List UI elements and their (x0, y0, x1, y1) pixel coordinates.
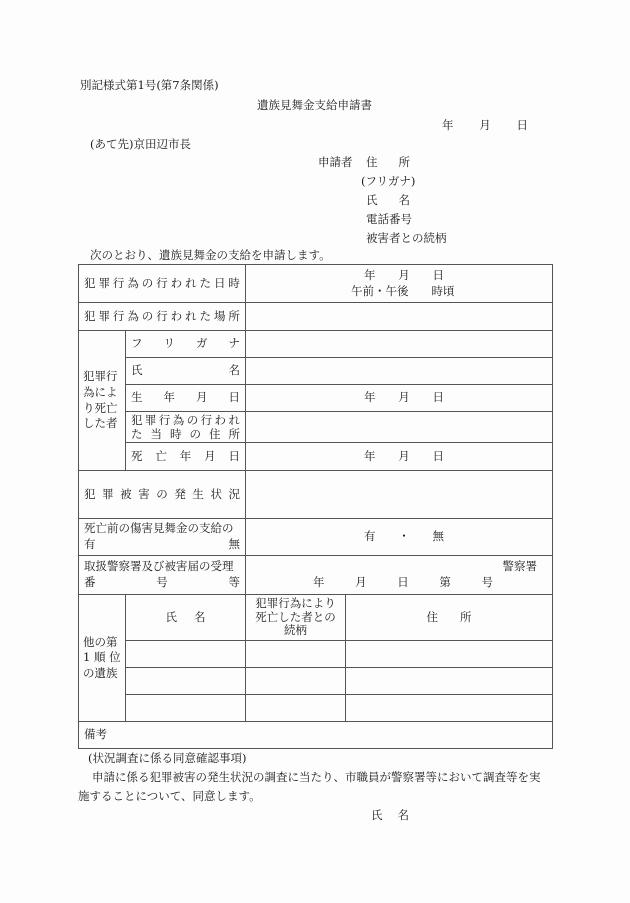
police-input[interactable]: 警察署 年月日第号 (246, 556, 553, 595)
survivor-relation-input[interactable] (246, 641, 346, 668)
survivors-name-header: 氏名 (126, 595, 246, 641)
crime-place-input[interactable] (246, 303, 553, 331)
consent-body-line1: 申請に係る犯罪被害の発生状況の調査に当たり、市職員が警察署等において調査等を実 (92, 772, 541, 784)
label-char: 名 (399, 195, 411, 207)
survivor-address-input[interactable] (346, 695, 553, 722)
label-char: 名 (398, 810, 410, 822)
row-deceased-address: 犯罪行為の行われ た当時の住所 (79, 412, 553, 443)
label-char: 氏 (371, 810, 383, 822)
prior-payment-choice[interactable]: 有 ・ 無 (246, 519, 553, 556)
label-char: 住 (366, 157, 378, 169)
crime-place-label: 犯罪行為の行われた場所 (79, 303, 246, 331)
death-date-label: 死亡年月日 (126, 443, 246, 471)
addressee: (あて先)京田辺市長 (90, 139, 191, 151)
deceased-furigana-label: フリガナ (126, 331, 246, 358)
row-prior-payment: 死亡前の傷害見舞金の支給の 有無 有 ・ 無 (79, 519, 553, 556)
application-date: 年 月 日 (442, 120, 528, 132)
applicant-phone-field[interactable]: 電話番号 (366, 214, 412, 226)
label-char: 氏 (366, 195, 378, 207)
survivor-address-input[interactable] (346, 641, 553, 668)
survivors-address-header: 住所 (346, 595, 553, 641)
crime-datetime-label: 犯罪行為の行われた日時 (79, 265, 246, 303)
row-deceased-name: 氏名 (79, 358, 553, 385)
survivor-name-input[interactable] (126, 668, 246, 695)
survivor-address-input[interactable] (346, 668, 553, 695)
row-survivors-header: 他の第 1 順 位 の遺族 氏名 犯罪行為により 死亡した者との 続柄 住所 (79, 595, 553, 641)
survivor-row (79, 641, 553, 668)
applicant-address-field[interactable]: 住 所 (366, 157, 410, 169)
crime-datetime-input[interactable]: 年月日 午前・午後 時頃 (246, 265, 553, 303)
survivor-name-input[interactable] (126, 695, 246, 722)
row-crime-place: 犯罪行為の行われた場所 (79, 303, 553, 331)
form-number: 別記様式第1号(第7条関係) (80, 80, 219, 92)
year-char: 年 (442, 120, 454, 132)
applicant-label: 申請者 (318, 157, 353, 169)
applicant-relation-field[interactable]: 被害者との続柄 (366, 233, 447, 245)
month-char: 月 (479, 120, 491, 132)
deceased-furigana-input[interactable] (246, 331, 553, 358)
deceased-address-label: 犯罪行為の行われ た当時の住所 (126, 412, 246, 443)
consent-signature-field[interactable]: 氏 名 (371, 810, 409, 822)
remarks-field[interactable]: 備考 (79, 722, 553, 749)
deceased-birthdate-input[interactable]: 年月日 (246, 385, 553, 412)
day-char: 日 (517, 120, 529, 132)
document-title: 遺族見舞金支給申請書 (257, 100, 372, 112)
damage-status-input[interactable] (246, 471, 553, 519)
deceased-address-input[interactable] (246, 412, 553, 443)
deceased-group-label: 犯罪行 為によ り死亡 した者 (79, 331, 126, 471)
survivor-row (79, 695, 553, 722)
row-police: 取扱警察署及び被害届の受理 番号等 警察署 年月日第号 (79, 556, 553, 595)
option-no[interactable]: 無 (433, 529, 445, 545)
remarks-label: 備考 (84, 727, 107, 741)
label-char: 所 (399, 157, 411, 169)
survivors-relation-header: 犯罪行為により 死亡した者との 続柄 (246, 595, 346, 641)
row-death-date: 死亡年月日 年月日 (79, 443, 553, 471)
deceased-name-label: 氏名 (126, 358, 246, 385)
survivor-row (79, 668, 553, 695)
row-damage-status: 犯罪被害の発生状況 (79, 471, 553, 519)
applicant-furigana-field[interactable]: (フリガナ) (361, 176, 415, 188)
row-remarks[interactable]: 備考 (79, 722, 553, 749)
applicant-name-field[interactable]: 氏 名 (366, 195, 410, 207)
damage-status-label: 犯罪被害の発生状況 (79, 471, 246, 519)
option-yes[interactable]: 有 (364, 529, 376, 545)
row-deceased-furigana: 犯罪行 為によ り死亡 した者 フリガナ (79, 331, 553, 358)
application-form-table: 犯罪行為の行われた日時 年月日 午前・午後 時頃 犯罪行為の行われた場所 犯罪行… (78, 264, 553, 749)
survivors-group-label: 他の第 1 順 位 の遺族 (79, 595, 126, 722)
consent-body-line2: 施することについて、同意します。 (78, 791, 261, 803)
death-date-input[interactable]: 年月日 (246, 443, 553, 471)
deceased-name-input[interactable] (246, 358, 553, 385)
row-deceased-birthdate: 生年月日 年月日 (79, 385, 553, 412)
deceased-birthdate-label: 生年月日 (126, 385, 246, 412)
row-crime-datetime: 犯罪行為の行われた日時 年月日 午前・午後 時頃 (79, 265, 553, 303)
survivor-relation-input[interactable] (246, 695, 346, 722)
survivor-relation-input[interactable] (246, 668, 346, 695)
survivor-name-input[interactable] (126, 641, 246, 668)
intro-text: 次のとおり、遺族見舞金の支給を申請します。 (90, 250, 331, 262)
police-label: 取扱警察署及び被害届の受理 番号等 (79, 556, 246, 595)
consent-heading: (状況調査に係る同意確認事項) (88, 753, 246, 765)
prior-payment-label: 死亡前の傷害見舞金の支給の 有無 (79, 519, 246, 556)
am-pm-time: 午前・午後 時頃 (251, 284, 547, 300)
